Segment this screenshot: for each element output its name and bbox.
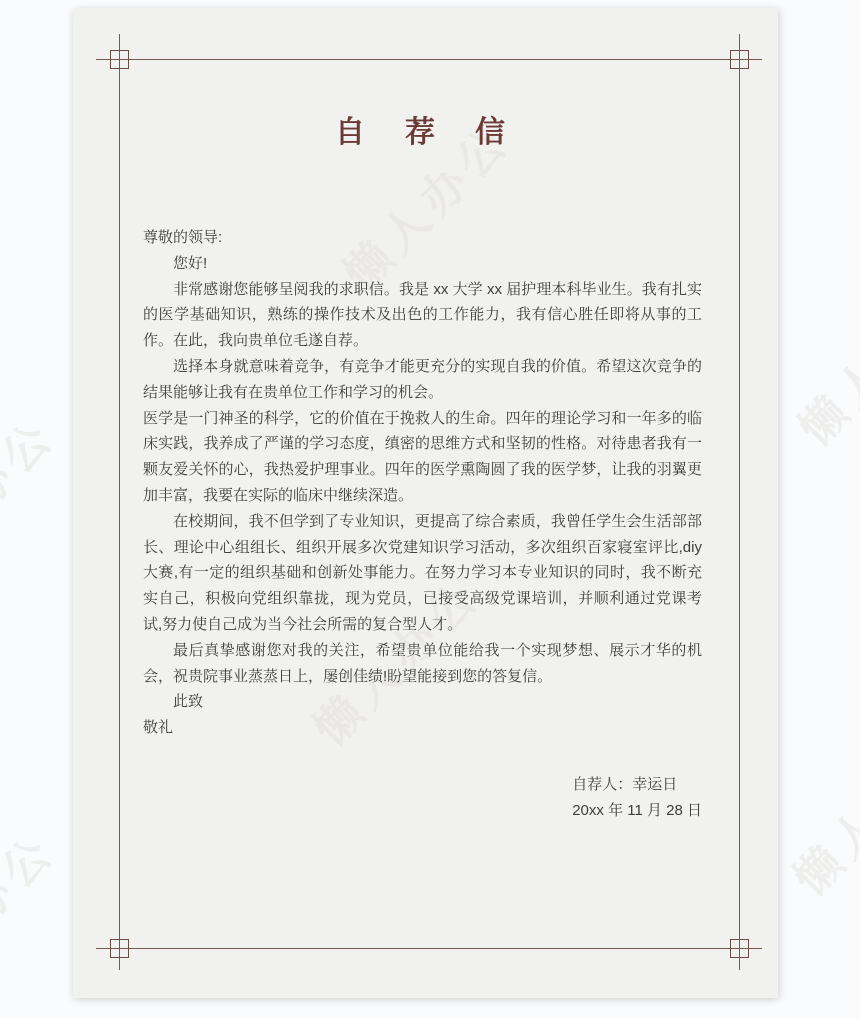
body-paragraph-5: 最后真挚感谢您对我的关注，希望贵单位能给我一个实现梦想、展示才华的机会，祝贵院事… bbox=[143, 638, 702, 690]
letter-sheet: 懒人办公 懒人办公 自 荐 信 尊敬的领导: 您好! 非常感谢您能够呈阅我的求职… bbox=[73, 8, 778, 998]
letter-content: 自 荐 信 尊敬的领导: 您好! 非常感谢您能够呈阅我的求职信。我是 xx 大学… bbox=[143, 8, 702, 824]
watermark-text: 懒人办公 bbox=[0, 817, 68, 1014]
canvas-background: 懒人办公 懒人办公 自 荐 信 尊敬的领导: 您好! 非常感谢您能够呈阅我的求职… bbox=[0, 0, 860, 1019]
signature-date: 20xx 年 11 月 28 日 bbox=[572, 798, 702, 824]
frame-corner-mark-bottom-right bbox=[730, 939, 749, 958]
signature-block: 自荐人：幸运日 20xx 年 11 月 28 日 bbox=[572, 772, 702, 824]
body-paragraph-4: 在校期间，我不但学到了专业知识，更提高了综合素质，我曾任学生会生活部部长、理论中… bbox=[143, 509, 702, 638]
greeting-line: 您好! bbox=[143, 251, 702, 277]
letter-title: 自 荐 信 bbox=[143, 117, 702, 149]
signer-name: 自荐人：幸运日 bbox=[572, 772, 702, 798]
letter-body: 尊敬的领导: 您好! 非常感谢您能够呈阅我的求职信。我是 xx 大学 xx 届护… bbox=[143, 225, 702, 741]
frame-corner-mark-top-left bbox=[110, 50, 129, 69]
frame-corner-mark-bottom-left bbox=[110, 939, 129, 958]
watermark-text: 懒人办公 bbox=[782, 262, 860, 459]
frame-border-bottom bbox=[96, 948, 762, 949]
frame-corner-mark-top-right bbox=[730, 50, 749, 69]
closing-cizhi: 此致 bbox=[143, 689, 702, 715]
salutation-line: 尊敬的领导: bbox=[143, 225, 702, 251]
frame-border-left bbox=[119, 34, 120, 970]
body-paragraph-1: 非常感谢您能够呈阅我的求职信。我是 xx 大学 xx 届护理本科毕业生。我有扎实… bbox=[143, 277, 702, 354]
closing-jingli: 敬礼 bbox=[143, 715, 702, 741]
body-paragraph-3: 医学是一门神圣的科学，它的价值在于挽救人的生命。四年的理论学习和一年多的临床实践… bbox=[143, 406, 702, 509]
watermark-text: 懒人办公 bbox=[777, 712, 860, 909]
body-paragraph-2: 选择本身就意味着竞争，有竞争才能更充分的实现自我的价值。希望这次竞争的结果能够让… bbox=[143, 354, 702, 406]
frame-border-right bbox=[739, 34, 740, 970]
watermark-text: 懒人办公 bbox=[0, 402, 68, 599]
